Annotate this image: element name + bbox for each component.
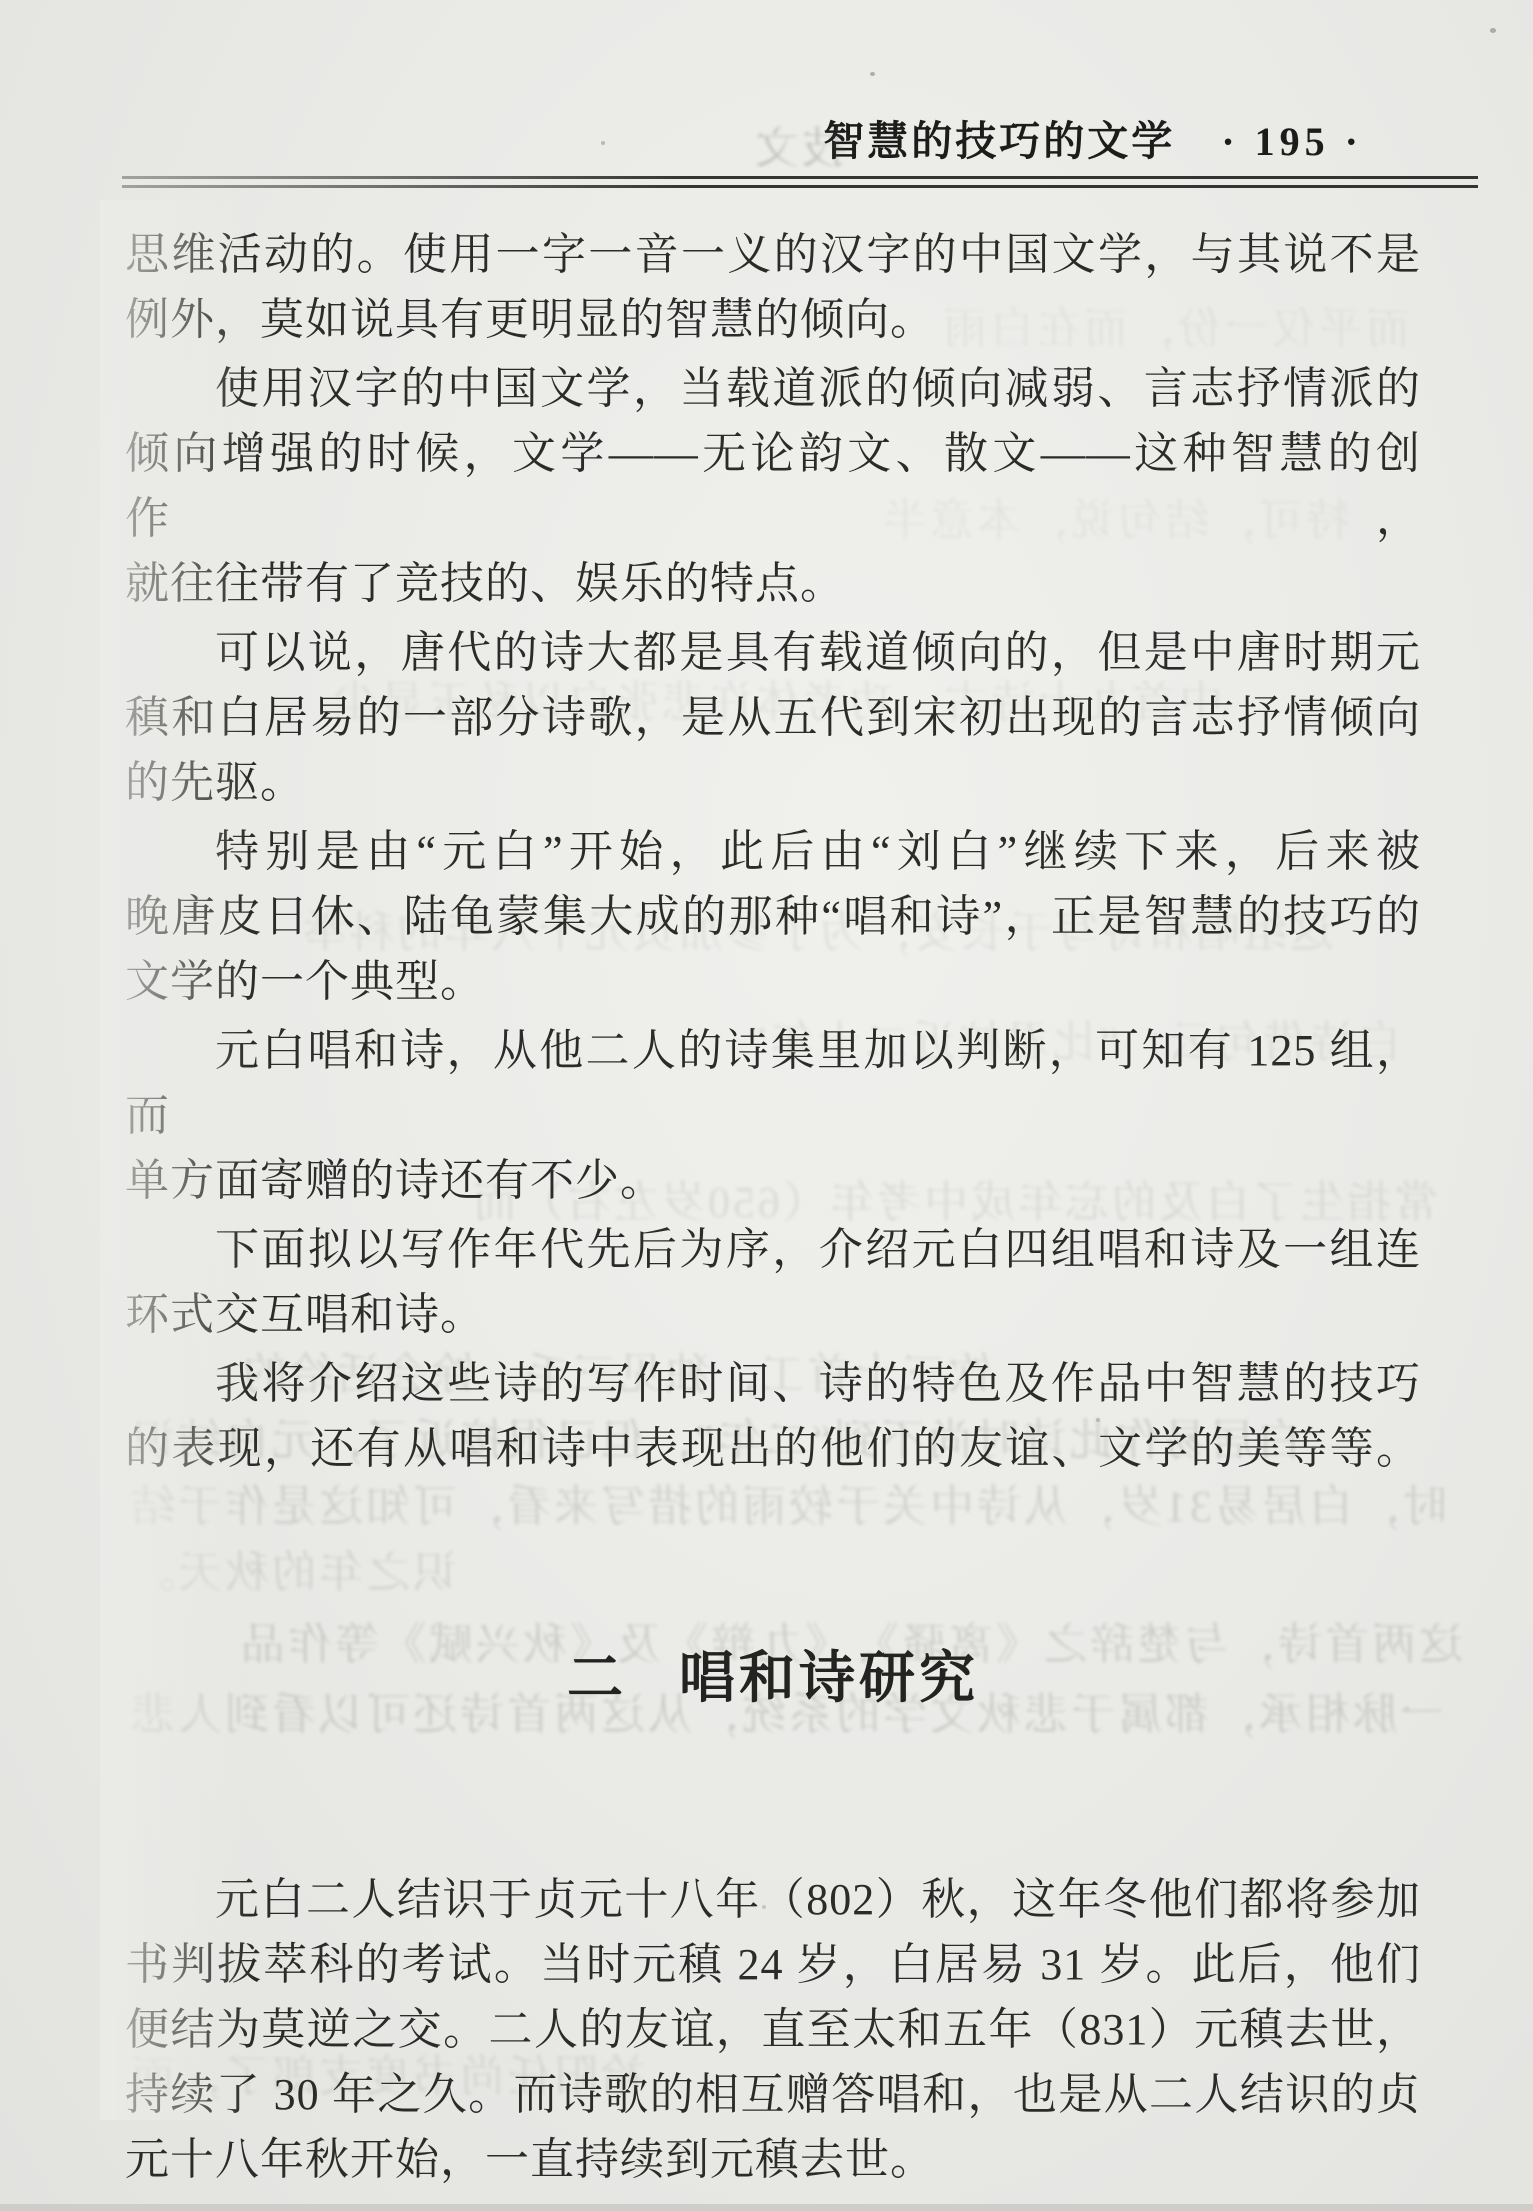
body-line: 便结为莫逆之交。二人的友谊，直至太和五年（831）元稹去世， [125,1997,1421,2062]
paragraph: 可以说，唐代的诗大都是具有载道倾向的，但是中唐时期元稹和白居易的一部分诗歌，是从… [125,620,1421,815]
running-header-title: 智慧的技巧的文学 [823,118,1175,164]
paragraph: 元白二人结识于贞元十八年（802）秋，这年冬他们都将参加书判拔萃科的考试。当时元… [125,1867,1421,2192]
body-line: 持续了 30 年之久。而诗歌的相互赠答唱和，也是从二人结识的贞 [125,2062,1421,2127]
body-line: 元白唱和诗，从他二人的诗集里加以判断，可知有 125 组，而 [125,1018,1421,1148]
paper-speck [601,141,605,145]
body-line: 可以说，唐代的诗大都是具有载道倾向的，但是中唐时期元 [125,620,1421,685]
body-line: 的表现，还有从唱和诗中表现出的他们的友谊、文学的美等等。 [125,1416,1421,1481]
paper-speck [1490,28,1496,33]
body-line: 元十八年秋开始，一直持续到元稹去世。 [125,2127,1421,2192]
body-line: 单方面寄赠的诗还有不少。 [125,1148,1421,1213]
body-text-column: 思维活动的。使用一字一音一义的汉字的中国文学，与其说不是例外，莫如说具有更明显的… [125,222,1421,2196]
paragraph: 使用汉字的中国文学，当载道派的倾向减弱、言志抒情派的倾向增强的时候，文学——无论… [125,356,1421,616]
section-heading-number: 二 [567,1648,627,1710]
header-double-rule [122,176,1478,188]
body-line: 元白二人结识于贞元十八年（802）秋，这年冬他们都将参加 [125,1867,1421,1932]
section-heading-title: 唱和诗研究 [679,1648,979,1710]
body-line: 稹和白居易的一部分诗歌，是从五代到宋初出现的言志抒情倾向 [125,685,1421,750]
section-heading: 二唱和诗研究 [125,1639,1421,1719]
body-line: 环式交互唱和诗。 [125,1282,1421,1347]
body-line: 例外，莫如说具有更明显的智慧的倾向。 [125,287,1421,352]
paragraph: 下面拟以写作年代先后为序，介绍元白四组唱和诗及一组连环式交互唱和诗。 [125,1217,1421,1347]
body-line: 文学的一个典型。 [125,949,1421,1014]
paragraph: 思维活动的。使用一字一音一义的汉字的中国文学，与其说不是例外，莫如说具有更明显的… [125,222,1421,352]
paper-speck [1096,1418,1100,1422]
paragraph: 特别是由“元白”开始，此后由“刘白”继续下来，后来被晚唐皮日休、陆龟蒙集大成的那… [125,819,1421,1014]
body-line: 倾向增强的时候，文学——无论韵文、散文——这种智慧的创作， [125,421,1421,551]
paragraphs-after-heading: 元白二人结识于贞元十八年（802）秋，这年冬他们都将参加书判拔萃科的考试。当时元… [125,1867,1421,2192]
body-line: 特别是由“元白”开始，此后由“刘白”继续下来，后来被 [125,819,1421,884]
scanned-book-page: 智慧的技巧的文学· 195 · 思维活动的。使用一字一音一义的汉字的中国文学，与… [0,0,1533,2211]
body-line: 使用汉字的中国文学，当载道派的倾向减弱、言志抒情派的 [125,356,1421,421]
body-line: 书判拔萃科的考试。当时元稹 24 岁，白居易 31 岁。此后，他们 [125,1932,1421,1997]
body-line: 思维活动的。使用一字一音一义的汉字的中国文学，与其说不是 [125,222,1421,287]
body-line: 晚唐皮日休、陆龟蒙集大成的那种“唱和诗”，正是智慧的技巧的 [125,884,1421,949]
body-line: 就往往带有了竞技的、娱乐的特点。 [125,551,1421,616]
running-header: 智慧的技巧的文学· 195 · [125,108,1363,167]
paragraph: 我将介绍这些诗的写作时间、诗的特色及作品中智慧的技巧的表现，还有从唱和诗中表现出… [125,1351,1421,1481]
paragraph: 元白唱和诗，从他二人的诗集里加以判断，可知有 125 组，而单方面寄赠的诗还有不… [125,1018,1421,1213]
paper-speck [762,1905,766,1909]
bottom-scan-edge [0,2204,1533,2211]
page-number: · 195 · [1221,119,1363,164]
paragraphs-before-heading: 思维活动的。使用一字一音一义的汉字的中国文学，与其说不是例外，莫如说具有更明显的… [125,222,1421,1481]
body-line: 我将介绍这些诗的写作时间、诗的特色及作品中智慧的技巧 [125,1351,1421,1416]
paper-speck [870,72,875,76]
body-line: 下面拟以写作年代先后为序，介绍元白四组唱和诗及一组连 [125,1217,1421,1282]
body-line: 的先驱。 [125,750,1421,815]
